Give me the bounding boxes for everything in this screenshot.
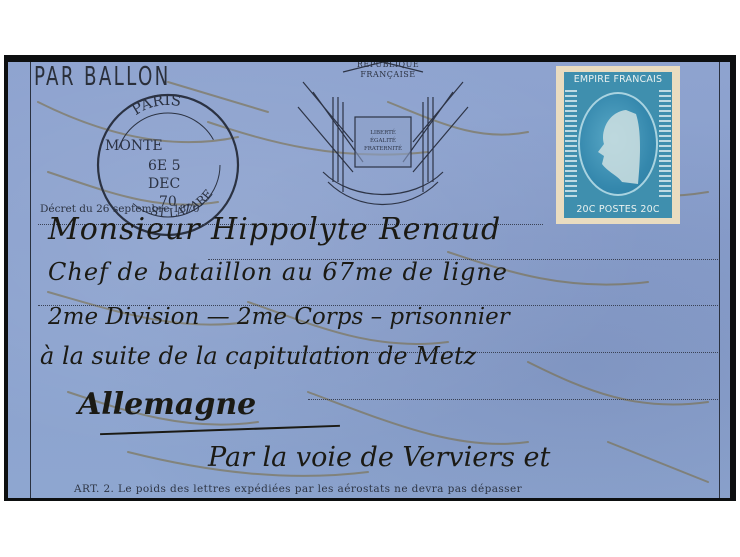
republic-emblem-icon: LIBERTÉ ÉGALITÉ FRATERNITÉ: [283, 62, 483, 212]
letter-sheet: PAR BALLON LIBERTÉ ÉGALITÉ FRATERNITÉ RÉ…: [8, 62, 730, 498]
address-line-4: à la suite de la capitulation de Metz: [40, 342, 476, 370]
dotted-line-5: [308, 399, 718, 400]
napoleon-portrait-icon: [578, 92, 658, 196]
postmark-date: DEC: [148, 176, 180, 192]
motto-liberte: LIBERTÉ: [370, 128, 396, 136]
address-line-6: Par la voie de Verviers et: [208, 442, 550, 473]
motto-egalite: ÉGALITÉ: [370, 136, 396, 144]
address-line-5: Allemagne: [78, 387, 256, 422]
underline-allemagne: [100, 425, 340, 435]
footer-article-2: ART. 2. Le poids des lettres expédiées p…: [74, 483, 522, 495]
stamp-border-right: [659, 90, 671, 200]
frame-line-right: [719, 62, 720, 498]
postmark-monte: MONTE: [105, 138, 163, 154]
frame-line-left: [30, 62, 31, 498]
postmark-time: 6E 5: [148, 158, 180, 174]
address-line-2: Chef de bataillon au 67me de ligne: [48, 258, 508, 286]
stamp-border-left: [565, 90, 577, 200]
republique-line: RÉPUBLIQUE: [343, 62, 433, 70]
francaise-line: FRANÇAISE: [343, 70, 433, 80]
postage-stamp: EMPIRE FRANCAIS 20C POSTES 20C: [556, 66, 680, 224]
motto-fraternite: FRATERNITÉ: [364, 144, 402, 152]
par-ballon-heading: PAR BALLON: [34, 62, 171, 92]
address-line-1: Monsieur Hippolyte Renaud: [48, 212, 501, 247]
republique-francaise-heading: RÉPUBLIQUE FRANÇAISE: [343, 62, 433, 80]
stamp-top-text: EMPIRE FRANCAIS: [564, 72, 672, 88]
stamp-bottom-text: 20C POSTES 20C: [564, 202, 672, 218]
address-line-3: 2me Division — 2me Corps – prisonnier: [48, 304, 510, 330]
